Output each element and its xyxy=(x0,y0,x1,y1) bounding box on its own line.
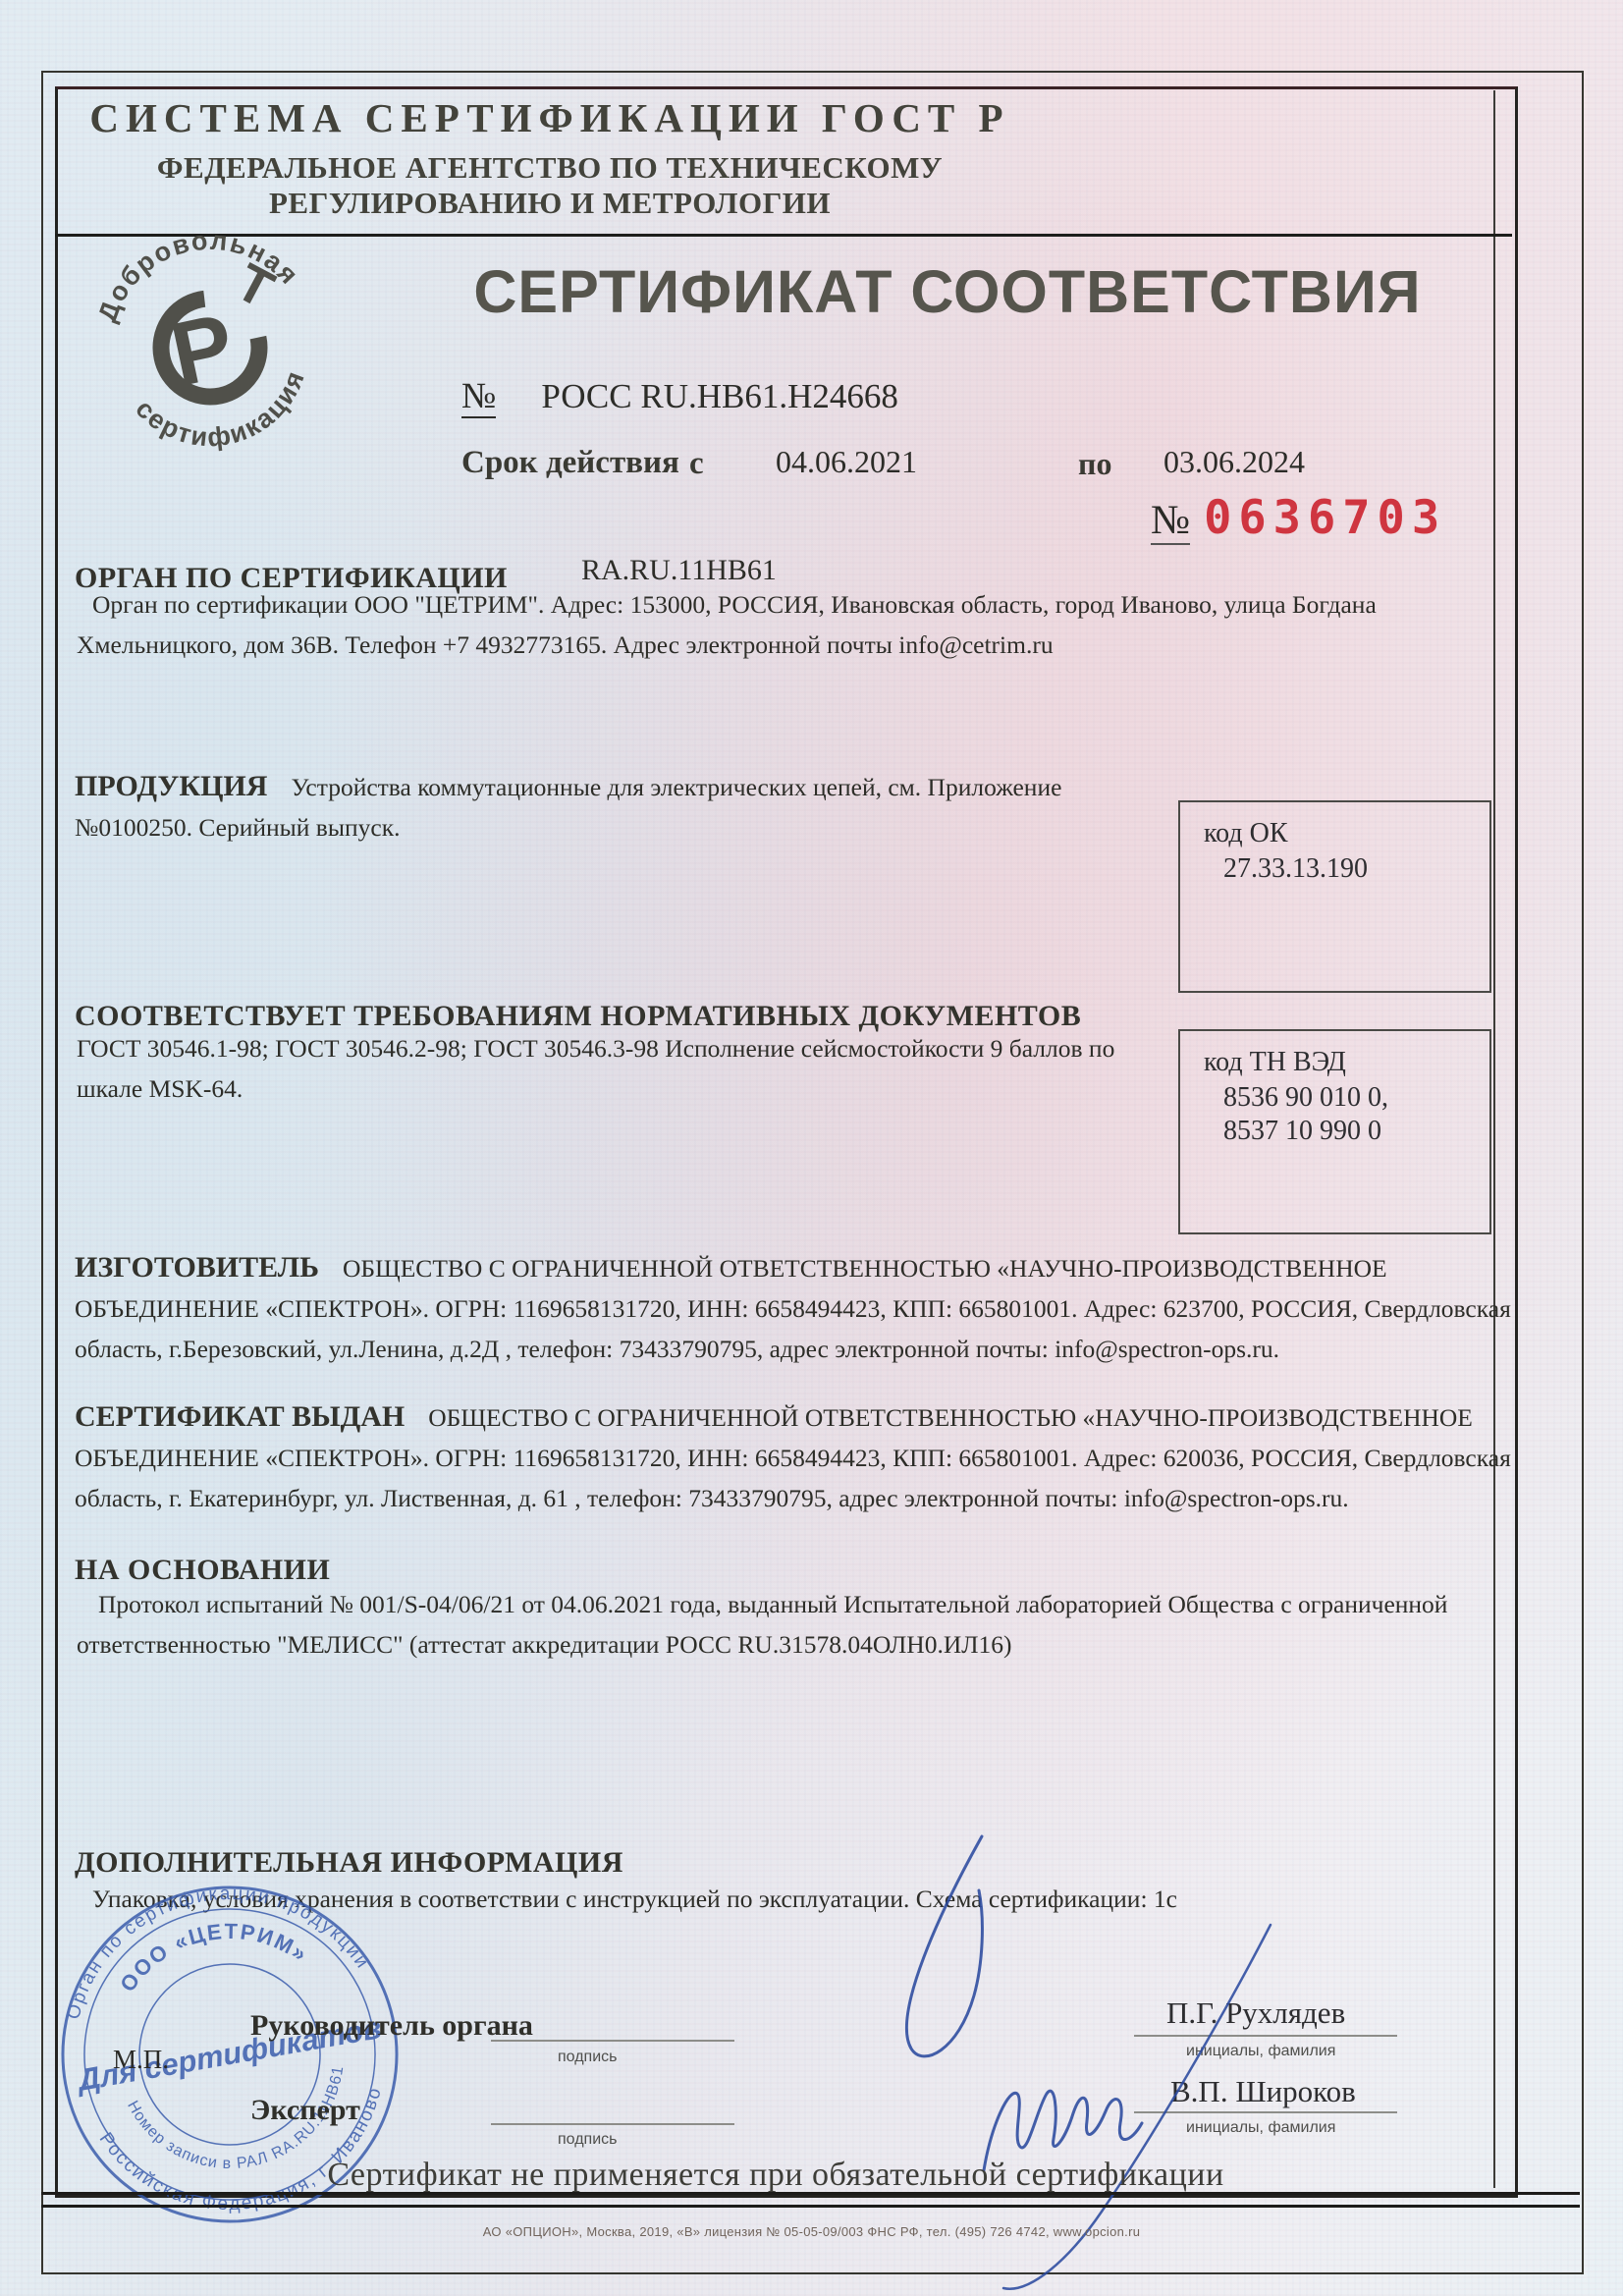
blank-number-value: 0636703 xyxy=(1204,491,1446,545)
head-name-label: инициалы, фамилия xyxy=(1186,2043,1335,2060)
mp-label: М.П. xyxy=(113,2045,169,2075)
issued-to-heading: СЕРТИФИКАТ ВЫДАН xyxy=(75,1400,405,1433)
certificate-page: СИСТЕМА СЕРТИФИКАЦИИ ГОСТ Р ФЕДЕРАЛЬНОЕ … xyxy=(0,0,1623,2296)
head-signature-line xyxy=(491,2040,734,2042)
printer-fine-print: АО «ОПЦИОН», Москва, 2019, «В» лицензия … xyxy=(0,2224,1623,2239)
ok-code-box: код ОК 27.33.13.190 xyxy=(1178,800,1491,993)
header-line1: СИСТЕМА СЕРТИФИКАЦИИ ГОСТ Р xyxy=(59,94,1041,141)
certificate-title: СЕРТИФИКАТ СООТВЕТСТВИЯ xyxy=(324,257,1571,326)
svg-text:Орган по сертификации продукци: Орган по сертификации продукции xyxy=(49,1874,375,2025)
footer-note: Сертификат не применяется при обязательн… xyxy=(0,2157,1551,2194)
expert-sign-label: подпись xyxy=(558,2131,617,2149)
number-value: РОСС RU.НВ61.Н24668 xyxy=(541,377,898,415)
expert-name-line xyxy=(1134,2111,1397,2113)
blank-number: №0636703 xyxy=(1151,491,1446,545)
conforms-heading: СООТВЕТСТВУЕТ ТРЕБОВАНИЯМ НОРМАТИВНЫХ ДО… xyxy=(75,1000,1081,1033)
manufacturer-heading: ИЗГОТОВИТЕЛЬ xyxy=(75,1251,319,1284)
tnved-label: код ТН ВЭД xyxy=(1204,1047,1489,1078)
organ-text: Орган по сертификации ООО "ЦЕТРИМ". Адре… xyxy=(77,585,1441,666)
expert-name-label: инициалы, фамилия xyxy=(1186,2119,1335,2137)
certificate-number-row: №РОСС RU.НВ61.Н24668 xyxy=(461,375,898,417)
tnved-code-1: 8536 90 010 0, xyxy=(1223,1082,1489,1114)
tnved-code-box: код ТН ВЭД 8536 90 010 0, 8537 10 990 0 xyxy=(1178,1029,1491,1234)
validity-to-date: 03.06.2024 xyxy=(1163,444,1305,480)
manufacturer-block: ИЗГОТОВИТЕЛЬОБЩЕСТВО С ОГРАНИЧЕННОЙ ОТВЕ… xyxy=(75,1249,1518,1369)
head-sign-label: подпись xyxy=(558,2049,617,2066)
head-name-line xyxy=(1134,2035,1397,2037)
header: СИСТЕМА СЕРТИФИКАЦИИ ГОСТ Р ФЕДЕРАЛЬНОЕ … xyxy=(59,94,1041,221)
basis-text: Протокол испытаний № 001/S-04/06/21 от 0… xyxy=(77,1585,1510,1666)
logo-letter-t: Т xyxy=(227,252,283,319)
stamp-outer-top-text: Орган по сертификации продукции xyxy=(49,1874,375,2025)
head-name: П.Г. Рухлядев xyxy=(1166,1995,1345,2031)
head-role-label: Руководитель органа xyxy=(250,2009,533,2043)
conforms-text: ГОСТ 30546.1-98; ГОСТ 30546.2-98; ГОСТ 3… xyxy=(77,1029,1186,1110)
issued-to-block: СЕРТИФИКАТ ВЫДАНОБЩЕСТВО С ОГРАНИЧЕННОЙ … xyxy=(75,1398,1518,1518)
expert-name: В.П. Широков xyxy=(1170,2074,1356,2109)
ok-code-value: 27.33.13.190 xyxy=(1223,853,1489,885)
validity-from-label: с xyxy=(689,446,704,482)
ok-code-label: код ОК xyxy=(1204,818,1489,849)
basis-heading: НА ОСНОВАНИИ xyxy=(75,1554,330,1587)
expert-role-label: Эксперт xyxy=(250,2094,360,2127)
validity-from-date: 04.06.2021 xyxy=(776,444,917,480)
product-heading: ПРОДУКЦИЯ xyxy=(75,770,267,802)
validity-label: Срок действия xyxy=(461,445,679,480)
inner-right-rule xyxy=(1493,90,1495,2188)
header-line2: ФЕДЕРАЛЬНОЕ АГЕНТСТВО ПО ТЕХНИЧЕСКОМУ РЕ… xyxy=(59,150,1041,221)
number-label: № xyxy=(461,376,496,418)
rst-logo-icon: Добровольная сертификация Р Т xyxy=(90,228,330,467)
footer-rule-1 xyxy=(41,2192,1580,2195)
validity-row: Срок действия с 04.06.2021 по 03.06.2024 xyxy=(461,444,679,481)
footer-rule-2 xyxy=(41,2205,1580,2208)
product-block: ПРОДУКЦИЯУстройства коммутационные для э… xyxy=(75,768,1115,848)
blank-number-label: № xyxy=(1151,498,1190,545)
validity-to-label: по xyxy=(1078,446,1111,482)
tnved-code-2: 8537 10 990 0 xyxy=(1223,1116,1489,1147)
expert-signature-line xyxy=(491,2123,734,2125)
organ-code: RA.RU.11НВ61 xyxy=(581,554,777,587)
